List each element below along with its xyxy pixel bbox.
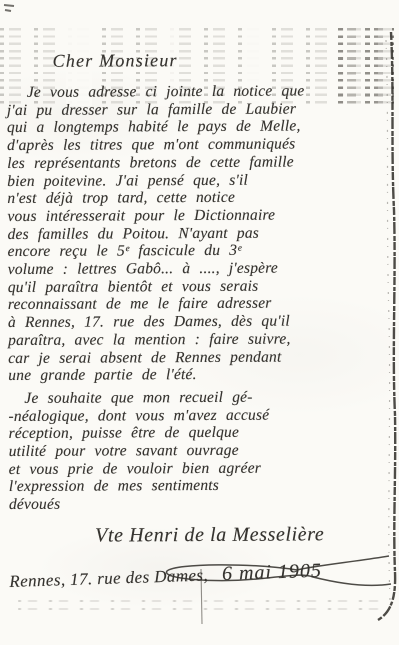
letter-line: une grande partie de l'été. [8, 365, 396, 385]
letter-line: Je vous adresse ci jointe la notice que [7, 82, 395, 102]
letter-line: d'après les titres que m'ont communiqués [7, 135, 395, 155]
letter-line: les représentants bretons de cette famil… [7, 153, 395, 173]
salutation: Cher Monsieur [53, 49, 395, 72]
dateline-date: 6 mai 1905 [222, 560, 323, 585]
letter-line: bien poitevine. J'ai pensé que, s'il [7, 171, 395, 191]
letter-line: des familles du Poitou. N'ayant pas [7, 224, 395, 244]
letter-line: qu'il paraîtra bientôt et vous serais [8, 277, 396, 297]
dateline: Rennes, 17. rue des Dames, 6 mai 1905 [9, 557, 398, 593]
letter-line: Je souhaite que mon recueil gé- [8, 388, 396, 408]
letter-line: n'est déjà trop tard, cette notice [7, 188, 395, 208]
signature: Vte Henri de la Messelière [95, 523, 397, 548]
letter-body: Cher Monsieur Je vous adresse ci jointe … [7, 49, 398, 593]
letter-line: à Rennes, 17. rue des Dames, dès qu'il [8, 312, 396, 332]
paragraph-1: Je vous adresse ci jointe la notice quej… [7, 82, 397, 385]
letter-line: utilité pour votre savant ouvrage [9, 441, 397, 461]
letter-line: vous intéresserait pour le Dictionnaire [7, 206, 395, 226]
letter-line: et vous prie de vouloir bien agréer [9, 459, 397, 479]
letter-line: j'ai pu dresser sur la famille de Laubie… [7, 100, 395, 120]
letter-line: car je serai absent de Rennes pendant [8, 348, 396, 368]
letter-line: encore reçu le 5ᵉ fascicule du 3ᵉ [8, 241, 396, 261]
letter-line: réception, puisse être de quelque [9, 423, 397, 443]
letter-line: volume : lettres Gabô... à ...., j'espèr… [8, 259, 396, 279]
letter-line: dévoués [9, 494, 397, 514]
dateline-place: Rennes, 17. rue des Dames, [9, 565, 208, 591]
bottom-noise-texture [18, 596, 380, 618]
letter-line: qui a longtemps habité le pays de Melle, [7, 117, 395, 137]
letter-line: paraîtra, avec la mention : faire suivre… [8, 330, 396, 350]
letter-line: reconnaissant de me le faire adresser [8, 294, 396, 314]
top-left-mark [4, 5, 14, 11]
scanned-letter-page: Cher Monsieur Je vous adresse ci jointe … [0, 0, 399, 645]
letter-line: l'expression de mes sentiments [9, 476, 397, 496]
paragraph-2: Je souhaite que mon recueil gé--néalogiq… [8, 388, 397, 514]
letter-line: -néalogique, dont vous m'avez accusé [8, 406, 396, 426]
